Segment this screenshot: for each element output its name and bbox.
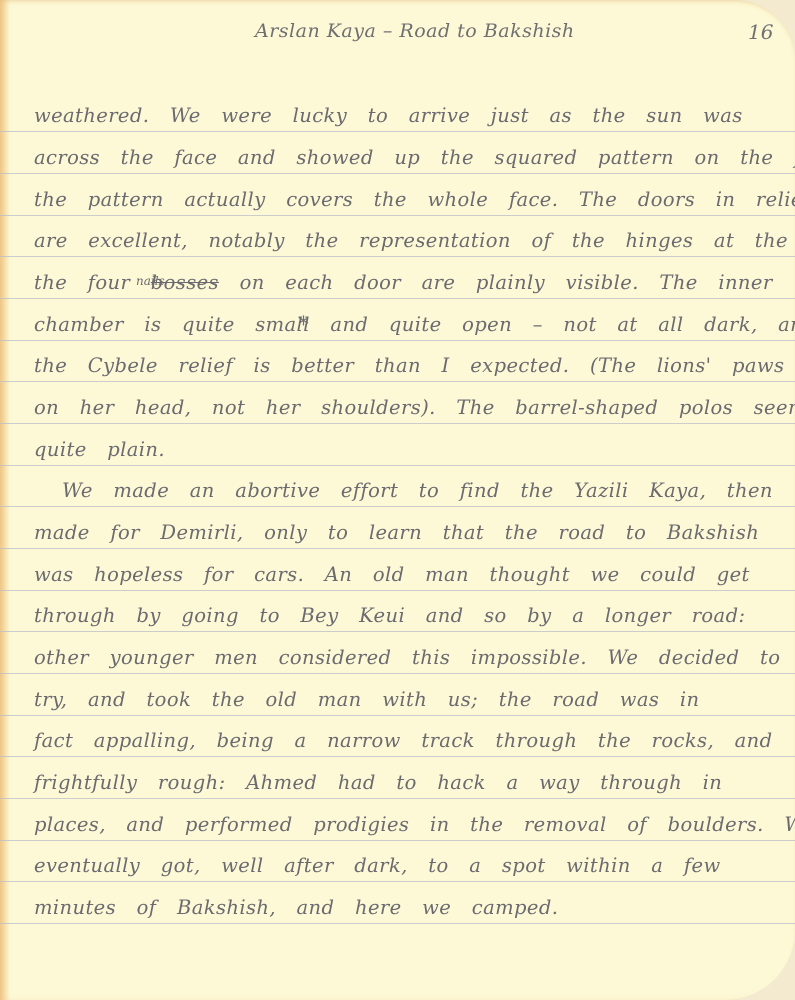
- text-line: frightfully rough: Ahmed had to hack a w…: [34, 771, 774, 794]
- handwritten-body: weathered. We were lucky to arrive just …: [0, 0, 795, 1000]
- text-line: other younger men considered this imposs…: [34, 646, 774, 669]
- text-line: chamber is quite small and quite open – …: [34, 313, 774, 336]
- text-line: was hopeless for cars. An old man though…: [34, 563, 774, 586]
- text-line: We made an abortive effort to find the Y…: [62, 479, 795, 502]
- text-line: fact appalling, being a narrow track thr…: [34, 729, 774, 752]
- text-line: minutes of Bakshish, and here we camped.: [34, 896, 774, 919]
- text-line: places, and performed prodigies in the r…: [34, 813, 774, 836]
- text-line: made for Demirli, only to learn that the…: [34, 521, 774, 544]
- text-line: the Cybele relief is better than I expec…: [34, 354, 774, 377]
- text-line: the pattern actually covers the whole fa…: [34, 188, 774, 211]
- text-line: are excellent, notably the representatio…: [34, 229, 774, 252]
- struck-word: bosses: [151, 271, 219, 294]
- text-line: the four bosses on each door are plainly…: [34, 271, 774, 294]
- text-line: on her head, not her shoulders). The bar…: [34, 396, 774, 419]
- text-line: across the face and showed up the square…: [34, 146, 774, 169]
- text-line: weathered. We were lucky to arrive just …: [34, 104, 774, 127]
- text-line: quite plain.: [34, 438, 774, 461]
- notebook-page: Arslan Kaya – Road to Bakshish 16 nails …: [0, 0, 795, 1000]
- text-line: through by going to Bey Keui and so by a…: [34, 604, 774, 627]
- text-line: eventually got, well after dark, to a sp…: [34, 854, 774, 877]
- text-line: try, and took the old man with us; the r…: [34, 688, 774, 711]
